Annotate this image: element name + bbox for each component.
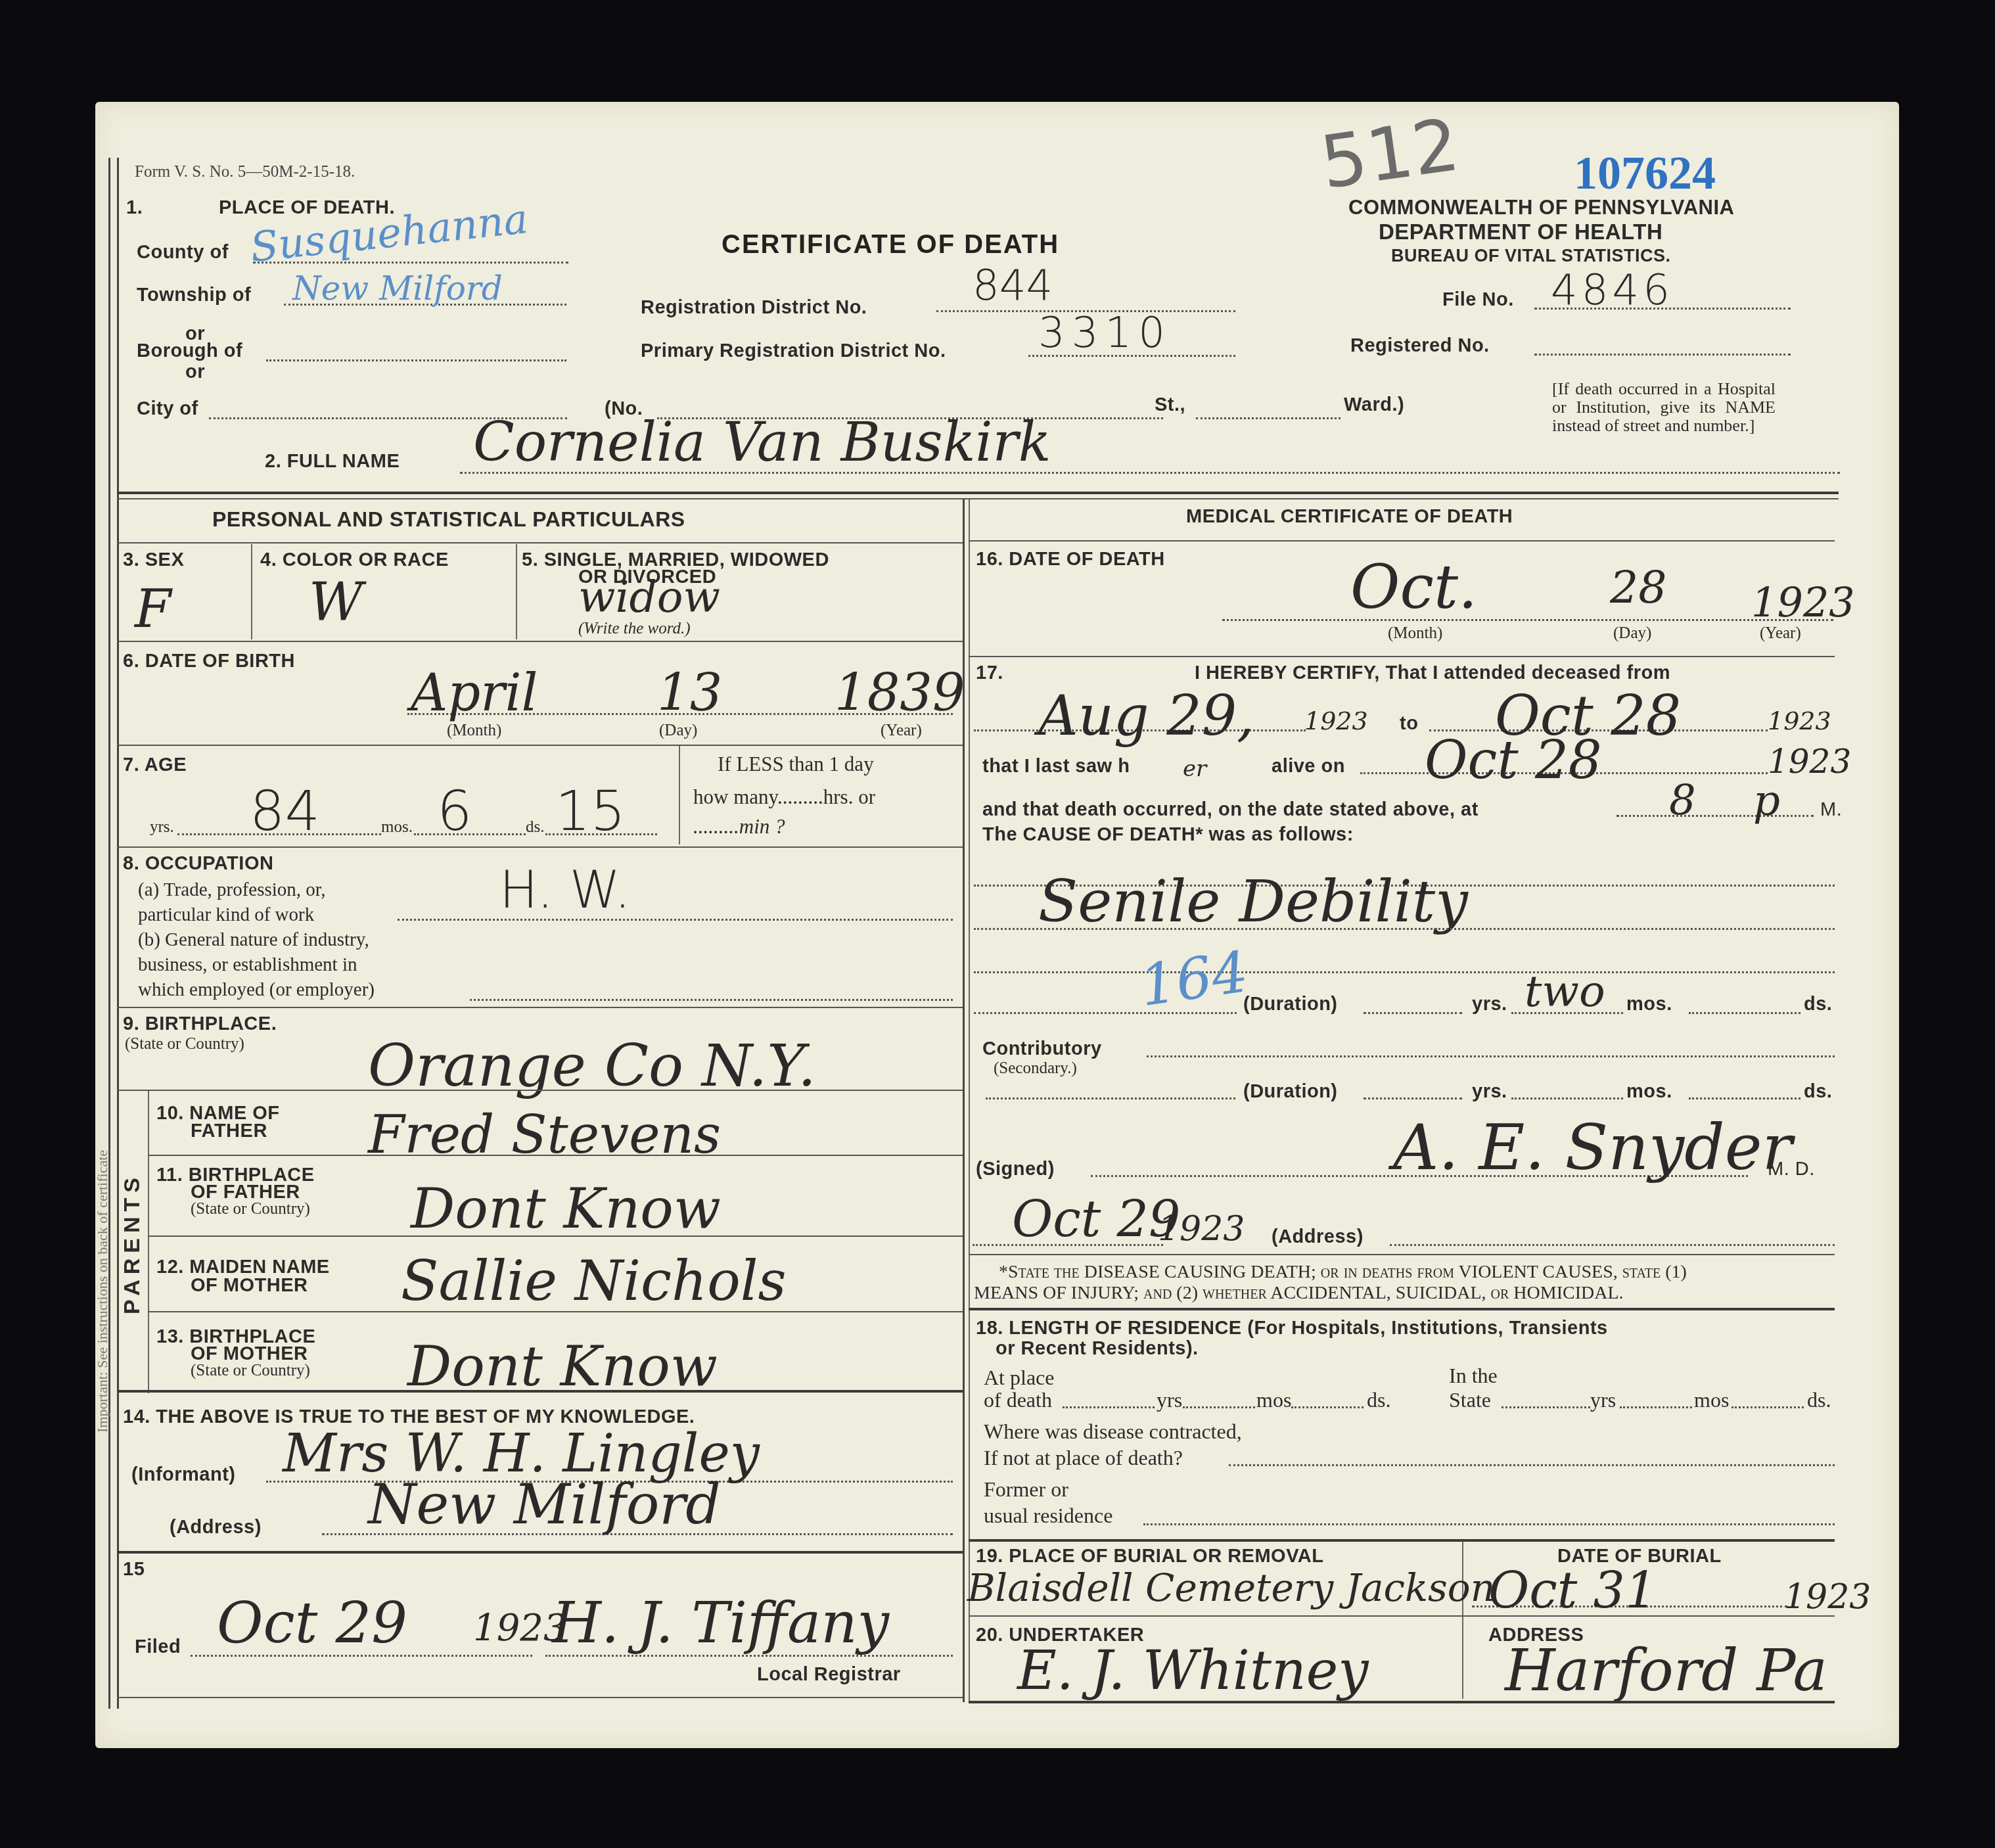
divider-age bbox=[117, 745, 963, 746]
contracted-2: If not at place of death? bbox=[984, 1446, 1183, 1470]
at-place-ds: ds. bbox=[1367, 1388, 1390, 1412]
at-place-ds-line bbox=[1291, 1406, 1364, 1408]
signed-date: Oct 29 bbox=[1012, 1190, 1180, 1248]
dod-line bbox=[1222, 619, 1833, 621]
informant-address-label: (Address) bbox=[170, 1517, 262, 1538]
birthplace-label: 9. BIRTHPLACE. bbox=[123, 1013, 277, 1035]
burial-place-value: Blaisdell Cemetery Jackson bbox=[967, 1565, 1495, 1610]
duration2-yrs-label: yrs. bbox=[1472, 1081, 1507, 1103]
dod-month: Oct. bbox=[1350, 552, 1477, 622]
street-label: St., bbox=[1155, 394, 1185, 416]
filed-date: Oct 29 bbox=[217, 1590, 407, 1656]
physician-address-label: (Address) bbox=[1272, 1226, 1364, 1248]
attended-to-year: 1923 bbox=[1768, 706, 1831, 735]
borough-label: Borough of bbox=[137, 340, 242, 362]
certify-text: I HEREBY CERTIFY, That I attended deceas… bbox=[1195, 662, 1670, 684]
contracted-1: Where was disease contracted, bbox=[984, 1420, 1242, 1444]
registrar-label: Local Registrar bbox=[757, 1664, 901, 1686]
file-no-value: 4846 bbox=[1551, 266, 1674, 315]
death-time: 8 bbox=[1669, 777, 1696, 825]
duration2-ds-label: ds. bbox=[1804, 1081, 1832, 1103]
divider-mother-birthplace bbox=[148, 1311, 963, 1312]
m-label: M. bbox=[1820, 799, 1842, 821]
dod-year: 1923 bbox=[1751, 578, 1855, 626]
dob-label: 6. DATE OF BIRTH bbox=[123, 651, 295, 672]
residence-label-2: or Recent Residents). bbox=[996, 1338, 1199, 1360]
parents-label: PARENTS bbox=[120, 1172, 145, 1314]
occupation-a-line bbox=[398, 919, 953, 921]
city-label: City of bbox=[137, 398, 198, 420]
borough-line bbox=[266, 359, 566, 361]
mother-value: Sallie Nichols bbox=[401, 1249, 787, 1313]
in-state-yrs-line bbox=[1502, 1406, 1590, 1408]
death-time-line bbox=[1617, 815, 1814, 817]
duration2-label: (Duration) bbox=[1243, 1081, 1338, 1103]
certificate-number-stamp: 107624 bbox=[1574, 146, 1716, 200]
residence-label-1: 18. LENGTH OF RESIDENCE (For Hospitals, … bbox=[976, 1318, 1608, 1339]
dob-year: 1839 bbox=[835, 664, 965, 723]
registration-district-label: Registration District No. bbox=[641, 297, 867, 319]
divider-footnote bbox=[969, 1254, 1835, 1255]
issuer-line-1: COMMONWEALTH OF PENNSYLVANIA bbox=[1348, 196, 1734, 219]
in-state-mos-line bbox=[1620, 1406, 1692, 1408]
marital-hint: (Write the word.) bbox=[578, 620, 691, 638]
former-2: usual residence bbox=[984, 1504, 1112, 1528]
in-state-ds: ds. bbox=[1807, 1388, 1831, 1412]
dob-day: 13 bbox=[657, 664, 722, 723]
duration-yrs-label: yrs. bbox=[1472, 994, 1507, 1015]
attended-from: Aug 29, bbox=[1038, 683, 1254, 748]
occupation-b-3: which employed (or employer) bbox=[138, 979, 375, 1001]
former-residence-line bbox=[1143, 1523, 1835, 1525]
medical-heading: MEDICAL CERTIFICATE OF DEATH bbox=[1186, 506, 1513, 528]
duration2-cause-line bbox=[986, 1097, 1235, 1099]
occupation-a-2: particular kind of work bbox=[138, 904, 314, 926]
filed-label: Filed bbox=[135, 1636, 181, 1658]
how-many-min: .........min ? bbox=[693, 815, 785, 839]
divider-dob bbox=[117, 641, 963, 642]
duration-mos-value: two bbox=[1525, 966, 1605, 1017]
file-no-label: File No. bbox=[1442, 289, 1514, 311]
race-marital-divider bbox=[516, 544, 517, 639]
how-many-hrs: how many.........hrs. or bbox=[693, 785, 875, 809]
divider-undertaker bbox=[969, 1615, 1835, 1617]
duration-mos-label: mos. bbox=[1626, 994, 1672, 1015]
parents-divider bbox=[148, 1091, 149, 1393]
divider-birthplace bbox=[117, 1007, 963, 1008]
issuer-line-3: BUREAU OF VITAL STATISTICS. bbox=[1391, 246, 1671, 266]
duration-cause-line bbox=[974, 1012, 1237, 1014]
ward-line bbox=[1196, 417, 1341, 419]
at-place-yrs-line bbox=[1063, 1406, 1155, 1408]
primary-district-value: 3310 bbox=[1038, 309, 1172, 358]
occupation-b-1: (b) General nature of industry, bbox=[138, 929, 369, 951]
alive-on-label: alive on bbox=[1272, 756, 1345, 777]
duration-yrs-line bbox=[1364, 1012, 1462, 1014]
attended-to-label: to bbox=[1400, 713, 1418, 735]
at-place-mos-line bbox=[1183, 1406, 1255, 1408]
father-bp-value: Dont Know bbox=[411, 1176, 721, 1241]
informant-address-value: New Milford bbox=[368, 1472, 721, 1536]
mother-bp-value: Dont Know bbox=[407, 1334, 718, 1398]
at-place-1: At place bbox=[984, 1366, 1055, 1390]
duration2-mos-label: mos. bbox=[1626, 1081, 1672, 1103]
left-border-outer bbox=[108, 158, 110, 1709]
death-ampm: p bbox=[1753, 777, 1780, 825]
personal-heading: PERSONAL AND STATISTICAL PARTICULARS bbox=[212, 507, 685, 532]
primary-district-label: Primary Registration District No. bbox=[641, 340, 946, 362]
birthplace-hint: (State or Country) bbox=[125, 1035, 244, 1053]
contributory-line bbox=[1147, 1055, 1835, 1057]
section-divider-top-2 bbox=[117, 498, 1839, 499]
cause-line-3 bbox=[974, 971, 1835, 973]
hospital-note: [If death occurred in a Hospital or Inst… bbox=[1552, 380, 1776, 435]
divider-certify bbox=[969, 656, 1835, 657]
age-less-divider bbox=[679, 746, 680, 844]
certify-number: 17. bbox=[976, 662, 1003, 684]
cause-label: The CAUSE OF DEATH* was as follows: bbox=[982, 824, 1354, 846]
physician-address-line bbox=[1390, 1244, 1835, 1246]
father-bp-hint: (State or Country) bbox=[191, 1200, 310, 1218]
age-mos-label: mos. bbox=[381, 818, 413, 837]
footnote-line-1: *State the DISEASE CAUSING DEATH; or in … bbox=[999, 1262, 1687, 1283]
center-divider-2 bbox=[969, 499, 970, 1702]
race-label: 4. COLOR OR RACE bbox=[260, 549, 449, 571]
dob-day-hint: (Day) bbox=[659, 722, 697, 740]
attended-from-year: 1923 bbox=[1304, 706, 1368, 735]
occupation-a-value: H. W. bbox=[499, 861, 631, 920]
contracted-line bbox=[1229, 1464, 1835, 1466]
in-state-ds-line bbox=[1731, 1406, 1804, 1408]
registrar-signature: H. J. Tiffany bbox=[552, 1590, 889, 1656]
cause-value: Senile Debility bbox=[1038, 867, 1468, 935]
duration-ds-line bbox=[1689, 1012, 1800, 1014]
place-of-death-number: 1. bbox=[126, 197, 143, 219]
dod-day: 28 bbox=[1610, 562, 1667, 614]
signed-label: (Signed) bbox=[976, 1159, 1055, 1180]
section-divider-top-1 bbox=[117, 492, 1839, 494]
burial-divider bbox=[1462, 1541, 1463, 1699]
md-label: M. D. bbox=[1768, 1159, 1815, 1180]
death-occurred-label: and that death occurred, on the date sta… bbox=[982, 799, 1479, 821]
or-label-2: or bbox=[185, 361, 205, 383]
divider-father-birthplace bbox=[148, 1155, 963, 1156]
burial-date-value: Oct 31 bbox=[1488, 1561, 1657, 1619]
township-label: Township of bbox=[137, 285, 251, 306]
duration2-mos-line bbox=[1511, 1097, 1623, 1099]
less-than-day: If LESS than 1 day bbox=[718, 752, 874, 776]
age-yrs-label: yrs. bbox=[150, 818, 174, 837]
burial-place-label: 19. PLACE OF BURIAL OR REMOVAL bbox=[976, 1546, 1324, 1567]
age-label: 7. AGE bbox=[123, 754, 187, 776]
duration2-yrs-line bbox=[1364, 1097, 1462, 1099]
filing-number: 15 bbox=[123, 1559, 145, 1581]
dod-day-hint: (Day) bbox=[1613, 624, 1651, 643]
undertaker-value: E. J. Whitney bbox=[1017, 1640, 1369, 1702]
race-value: W bbox=[309, 572, 363, 633]
undertaker-address-value: Harford Pa bbox=[1505, 1636, 1827, 1704]
left-border-inner bbox=[117, 158, 119, 1709]
footnote-line-2: MEANS OF INJURY; and (2) whether ACCIDEN… bbox=[974, 1283, 1624, 1304]
informant-label: (Informant) bbox=[131, 1464, 236, 1486]
age-ds-value: 15 bbox=[555, 779, 626, 843]
burial-date-year: 1923 bbox=[1784, 1577, 1871, 1617]
last-saw-suffix: er bbox=[1183, 756, 1206, 782]
age-yrs-value: 84 bbox=[250, 779, 320, 843]
divider-occupation bbox=[117, 846, 963, 848]
mother-bp-hint: (State or Country) bbox=[191, 1362, 310, 1380]
sex-race-divider bbox=[251, 544, 252, 639]
dod-month-hint: (Month) bbox=[1388, 624, 1442, 643]
at-place-yrs: yrs bbox=[1157, 1388, 1182, 1412]
in-state-mos: mos bbox=[1694, 1388, 1729, 1412]
divider-bottom-left bbox=[117, 1697, 963, 1698]
full-name-value: Cornelia Van Buskirk bbox=[473, 411, 1051, 474]
registered-no-line bbox=[1534, 354, 1791, 356]
signed-year: 1923 bbox=[1158, 1209, 1245, 1249]
in-state-yrs: yrs bbox=[1590, 1388, 1616, 1412]
dob-year-hint: (Year) bbox=[881, 722, 922, 740]
registration-district-value: 844 bbox=[973, 262, 1053, 310]
duration-label: (Duration) bbox=[1243, 994, 1338, 1015]
divider-mother bbox=[148, 1236, 963, 1237]
mother-label-2: OF MOTHER bbox=[191, 1275, 308, 1297]
physician-signature: A. E. Snyder bbox=[1393, 1111, 1792, 1184]
divider-burial bbox=[969, 1539, 1835, 1542]
divider-filing bbox=[117, 1551, 963, 1554]
marital-value: widow bbox=[578, 572, 720, 622]
divider-informant bbox=[117, 1390, 963, 1393]
age-ds-label: ds. bbox=[526, 818, 544, 837]
duration2-ds-line bbox=[1689, 1097, 1800, 1099]
dob-month: April bbox=[411, 664, 538, 723]
divider-bottom-right bbox=[969, 1701, 1835, 1703]
father-label-2: FATHER bbox=[191, 1120, 267, 1142]
full-name-label: 2. FULL NAME bbox=[265, 451, 400, 473]
certificate-title: CERTIFICATE OF DEATH bbox=[722, 230, 1059, 260]
sex-label: 3. SEX bbox=[123, 549, 184, 571]
secondary-label: (Secondary.) bbox=[994, 1059, 1077, 1078]
occupation-b-2: business, or establishment in bbox=[138, 954, 357, 976]
occupation-b-line bbox=[470, 999, 953, 1001]
contributory-label: Contributory bbox=[982, 1038, 1102, 1060]
divider-personal bbox=[117, 542, 963, 543]
divider-residence bbox=[969, 1308, 1835, 1310]
dod-year-hint: (Year) bbox=[1760, 624, 1801, 643]
dob-month-hint: (Month) bbox=[447, 722, 501, 740]
county-label: County of bbox=[137, 242, 229, 264]
sex-value: F bbox=[135, 578, 172, 639]
township-value: New Milford bbox=[292, 269, 503, 308]
at-place-2: of death bbox=[984, 1388, 1052, 1412]
alive-on-year: 1923 bbox=[1768, 743, 1851, 781]
duration-ds-label: ds. bbox=[1804, 994, 1832, 1015]
margin-note: Important: See instructions on back of c… bbox=[94, 1150, 111, 1433]
occupation-label: 8. OCCUPATION bbox=[123, 853, 273, 875]
occupation-a-1: (a) Trade, profession, or, bbox=[138, 879, 326, 901]
father-value: Fred Stevens bbox=[368, 1104, 721, 1165]
last-saw-label: that I last saw h bbox=[982, 756, 1130, 777]
form-number: Form V. S. No. 5—50M-2-15-18. bbox=[135, 163, 355, 181]
issuer-line-2: DEPARTMENT OF HEALTH bbox=[1379, 219, 1662, 244]
age-mos-value: 6 bbox=[437, 779, 472, 843]
dod-label: 16. DATE OF DEATH bbox=[976, 549, 1165, 570]
divider-medical bbox=[969, 540, 1835, 542]
in-state-1: In the bbox=[1449, 1364, 1498, 1388]
ward-label: Ward.) bbox=[1344, 394, 1404, 416]
registered-no-label: Registered No. bbox=[1350, 335, 1490, 357]
former-1: Former or bbox=[984, 1477, 1068, 1502]
cause-line-2 bbox=[974, 928, 1835, 930]
alive-on-value: Oct 28 bbox=[1425, 729, 1602, 791]
in-state-2: State bbox=[1449, 1388, 1491, 1412]
divider-parents bbox=[117, 1090, 963, 1091]
at-place-mos: mos bbox=[1256, 1388, 1291, 1412]
